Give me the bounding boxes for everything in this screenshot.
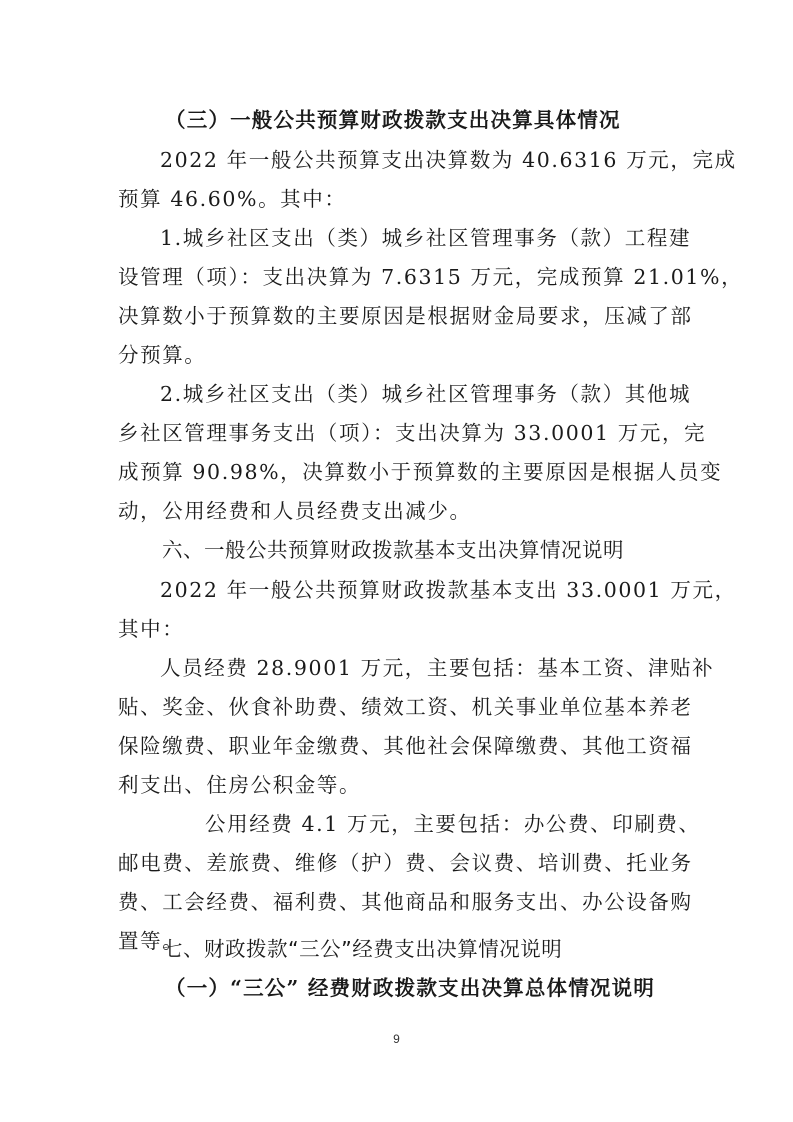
paragraph-line: 1.城乡社区支出（类）城乡社区管理事务（款）工程建 [160, 225, 720, 251]
paragraph-line: 乡社区管理事务支出（项）：支出决算为 33.0001 万元，完 [118, 420, 678, 446]
paragraph-line: 利支出、住房公积金等。 [118, 772, 678, 798]
paragraph-line: 设管理（项）：支出决算为 7.6315 万元，完成预算 21.01%， [118, 264, 678, 290]
paragraph-line: 分预算。 [118, 342, 678, 368]
paragraph-line: 成预算 90.98%，决算数小于预算数的主要原因是根据人员变 [118, 459, 678, 485]
paragraph-line: 费、工会经费、福利费、其他商品和服务支出、办公设备购 [118, 889, 678, 915]
paragraph-line: 邮电费、差旅费、维修（护）费、会议费、培训费、托业务 [118, 850, 678, 876]
heading-six: 六、一般公共预算财政拨款基本支出决算情况说明 [162, 537, 722, 563]
paragraph-line: 2022 年一般公共预算支出决算数为 40.6316 万元，完成 [160, 147, 720, 173]
paragraph-line: 预算 46.60%。其中： [118, 186, 678, 212]
document-page: （三）一般公共预算财政拨款支出决算具体情况 2022 年一般公共预算支出决算数为… [0, 0, 793, 1122]
paragraph-line: 2022 年一般公共预算财政拨款基本支出 33.0001 万元， [160, 577, 720, 603]
paragraph-line: 动，公用经费和人员经费支出减少。 [118, 498, 678, 524]
heading-seven: 七、财政拨款“三公”经费支出决算情况说明 [162, 936, 722, 962]
paragraph-line: 贴、奖金、伙食补助费、绩效工资、机关事业单位基本养老 [118, 694, 678, 720]
page-number: 9 [0, 1032, 793, 1046]
heading-seven-1: （一）“三公” 经费财政拨款支出决算总体情况说明 [165, 975, 725, 1001]
paragraph-line: 人员经费 28.9001 万元，主要包括：基本工资、津贴补 [160, 655, 720, 681]
paragraph-line: 其中： [118, 616, 678, 642]
paragraph-line: 决算数小于预算数的主要原因是根据财金局要求，压减了部 [118, 303, 678, 329]
paragraph-line: 2.城乡社区支出（类）城乡社区管理事务（款）其他城 [160, 381, 720, 407]
paragraph-line: 公用经费 4.1 万元，主要包括：办公费、印刷费、 [205, 811, 765, 837]
heading-section-3: （三）一般公共预算财政拨款支出决算具体情况 [165, 107, 725, 133]
paragraph-line: 保险缴费、职业年金缴费、其他社会保障缴费、其他工资福 [118, 733, 678, 759]
